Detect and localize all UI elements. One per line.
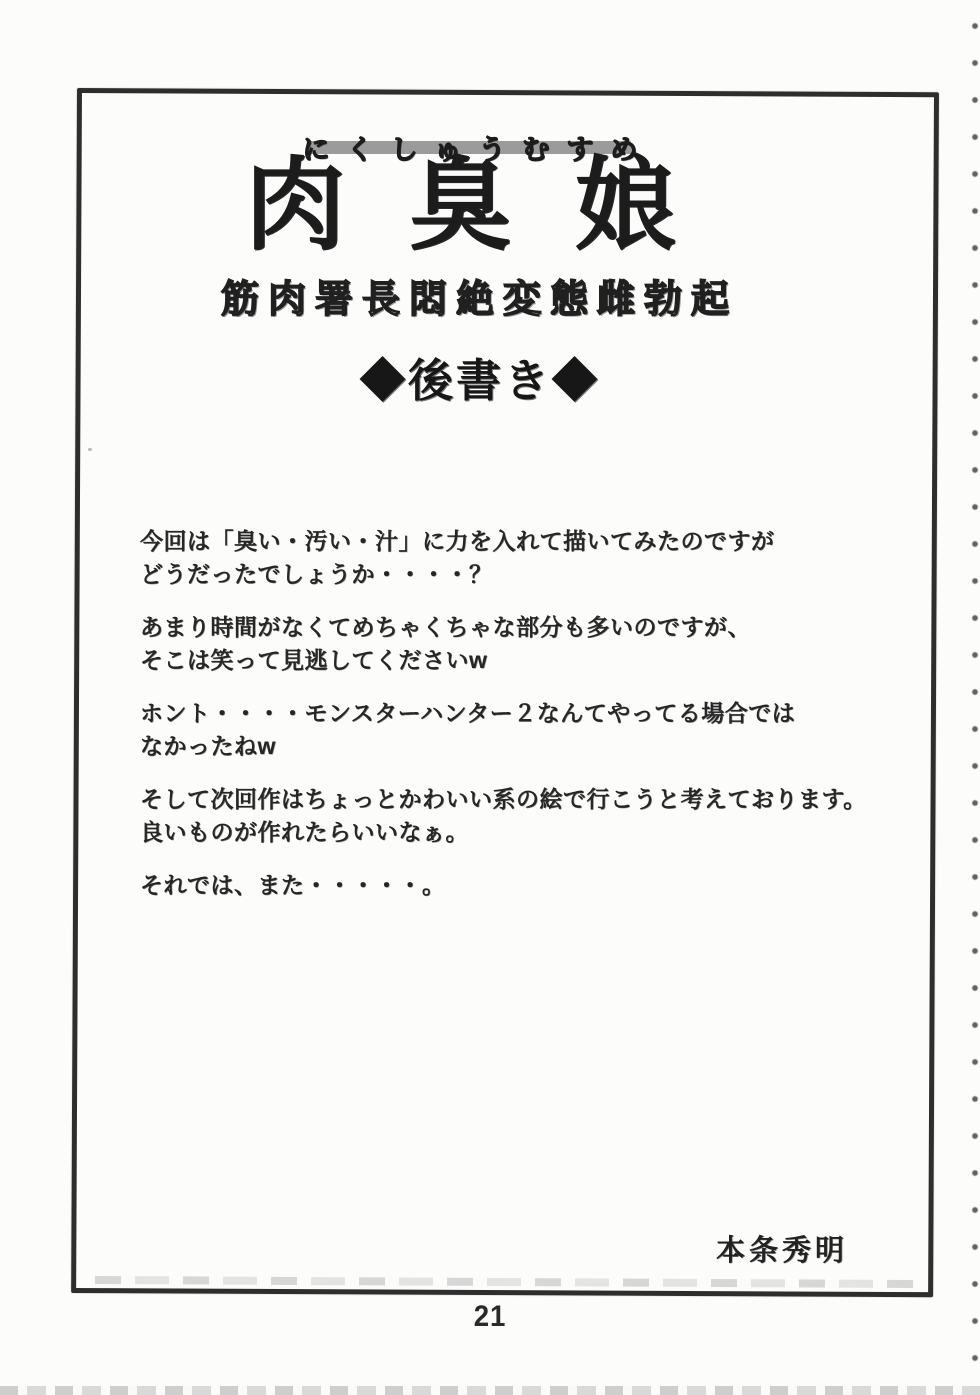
text-line: 今回は「臭い・汚い・汁」に力を入れて描いてみたのですが — [140, 525, 900, 558]
text-line: なかったねw — [140, 730, 900, 763]
scan-speck — [88, 448, 92, 451]
author-signature: 本条秀明 — [716, 1228, 848, 1269]
doujin-title-text: 肉臭娘 — [244, 150, 739, 262]
afterword-heading: ◆後書き◆ — [0, 344, 960, 409]
text-line: どうだったでしょうか・・・・？ — [140, 558, 900, 591]
scanned-doujin-page: にくしゅうむすめ 肉臭娘 筋肉署長悶絶変態雌勃起 ◆後書き◆ 今回は「臭い・汚い… — [0, 0, 980, 1395]
afterword-body: 今回は「臭い・汚い・汁」に力を入れて描いてみたのですが どうだったでしょうか・・… — [140, 525, 900, 922]
paragraph-2: あまり時間がなくてめちゃくちゃな部分も多いのですが、 そこは笑って見逃してくださ… — [140, 611, 900, 677]
text-line: そこは笑って見逃してくださいw — [140, 644, 900, 677]
page-content: にくしゅうむすめ 肉臭娘 筋肉署長悶絶変態雌勃起 ◆後書き◆ 今回は「臭い・汚い… — [0, 0, 980, 1395]
text-line: ホント・・・・モンスターハンター２なんてやってる場合では — [140, 697, 900, 730]
paragraph-1: 今回は「臭い・汚い・汁」に力を入れて描いてみたのですが どうだったでしょうか・・… — [140, 525, 900, 591]
paragraph-4: そして次回作はちょっとかわいい系の絵で行こうと考えております。 良いものが作れた… — [140, 783, 900, 849]
doujin-subtitle-text: 筋肉署長悶絶変態雌勃起 — [221, 279, 738, 321]
scan-bottom-noise-strip — [0, 1386, 980, 1395]
paragraph-3: ホント・・・・モンスターハンター２なんてやってる場合では なかったねw — [140, 697, 900, 763]
text-line: 良いものが作れたらいいなぁ。 — [140, 816, 900, 849]
text-line: あまり時間がなくてめちゃくちゃな部分も多いのですが、 — [140, 611, 900, 644]
paragraph-5: それでは、また・・・・・。 — [140, 869, 900, 902]
text-line: そして次回作はちょっとかわいい系の絵で行こうと考えております。 — [140, 783, 900, 816]
doujin-subtitle: 筋肉署長悶絶変態雌勃起 — [0, 268, 950, 323]
scan-edge-artifact-dots — [970, 10, 980, 1390]
page-number: 21 — [39, 1300, 941, 1334]
text-line: それでは、また・・・・・。 — [140, 869, 900, 902]
